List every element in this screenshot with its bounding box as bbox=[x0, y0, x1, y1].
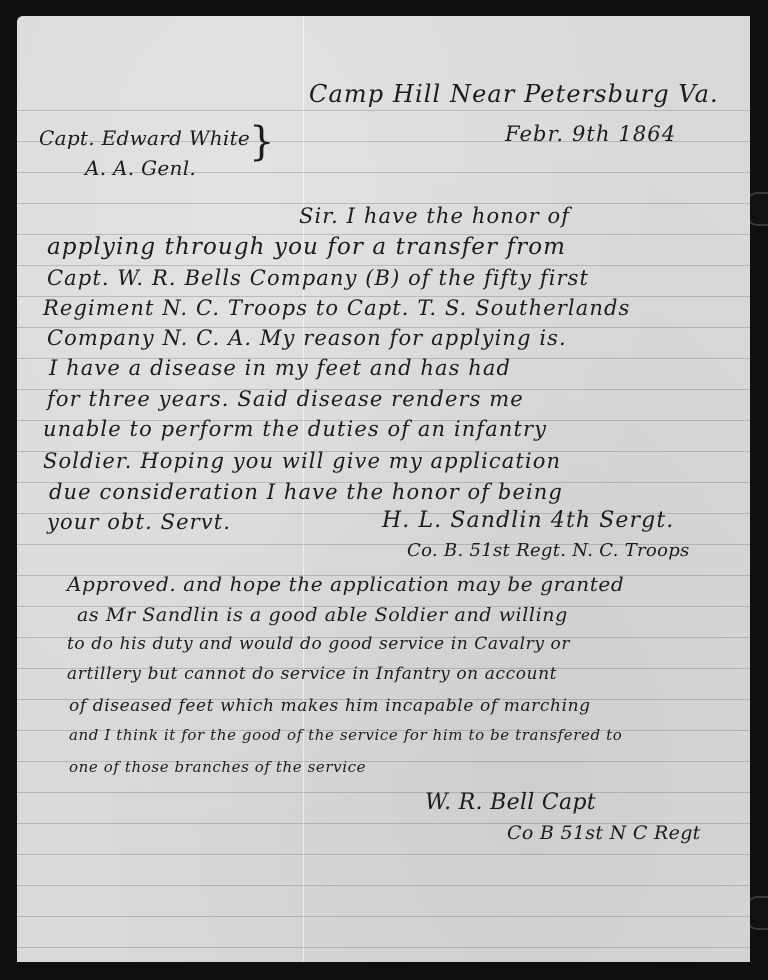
letter-page: Camp Hill Near Petersburg Va. Febr. 9th … bbox=[17, 16, 750, 962]
ruled-line bbox=[17, 854, 750, 855]
letter-line: applying through you for a transfer from bbox=[47, 236, 566, 259]
signature-name: H. L. Sandlin 4th Sergt. bbox=[382, 510, 674, 532]
letter-line: unable to perform the duties of an infan… bbox=[43, 419, 547, 440]
ruled-line bbox=[17, 947, 750, 948]
endorsement-line: artillery but cannot do service in Infan… bbox=[67, 666, 557, 683]
endorsement-line: to do his duty and would do good service… bbox=[67, 636, 570, 653]
letter-line: Sir. I have the honor of bbox=[299, 206, 570, 227]
letter-line: Company N. C. A. My reason for applying … bbox=[47, 328, 567, 349]
letter-line: I have a disease in my feet and has had bbox=[49, 358, 511, 379]
letter-place: Camp Hill Near Petersburg Va. bbox=[309, 82, 719, 106]
letter-line: your obt. Servt. bbox=[47, 512, 231, 533]
letter-line: Soldier. Hoping you will give my applica… bbox=[43, 451, 561, 472]
endorsement-line: and I think it for the good of the servi… bbox=[69, 728, 622, 743]
letter-date: Febr. 9th 1864 bbox=[505, 124, 676, 145]
letter-line: due consideration I have the honor of be… bbox=[49, 482, 563, 503]
signature-unit: Co. B. 51st Regt. N. C. Troops bbox=[407, 542, 690, 560]
ruled-line bbox=[17, 885, 750, 886]
endorsement-line: as Mr Sandlin is a good able Soldier and… bbox=[77, 606, 568, 625]
endorsement-line: Approved. and hope the application may b… bbox=[67, 574, 624, 594]
endorsement-signature-unit: Co B 51st N C Regt bbox=[507, 824, 701, 843]
endorsement-signature-name: W. R. Bell Capt bbox=[425, 792, 596, 814]
letter-line: for three years. Said disease renders me bbox=[47, 389, 524, 410]
addressee-title: A. A. Genl. bbox=[85, 158, 196, 178]
endorsement-line: of diseased feet which makes him incapab… bbox=[69, 698, 591, 715]
ruled-line bbox=[17, 792, 750, 793]
addressee-brace: } bbox=[249, 122, 274, 162]
addressee-name: Capt. Edward White bbox=[39, 128, 250, 148]
letter-line: Capt. W. R. Bells Company (B) of the fif… bbox=[47, 268, 589, 289]
letter-line: Regiment N. C. Troops to Capt. T. S. Sou… bbox=[43, 298, 630, 319]
ruled-line bbox=[17, 916, 750, 917]
endorsement-line: one of those branches of the service bbox=[69, 760, 366, 775]
ruled-line bbox=[17, 110, 750, 111]
